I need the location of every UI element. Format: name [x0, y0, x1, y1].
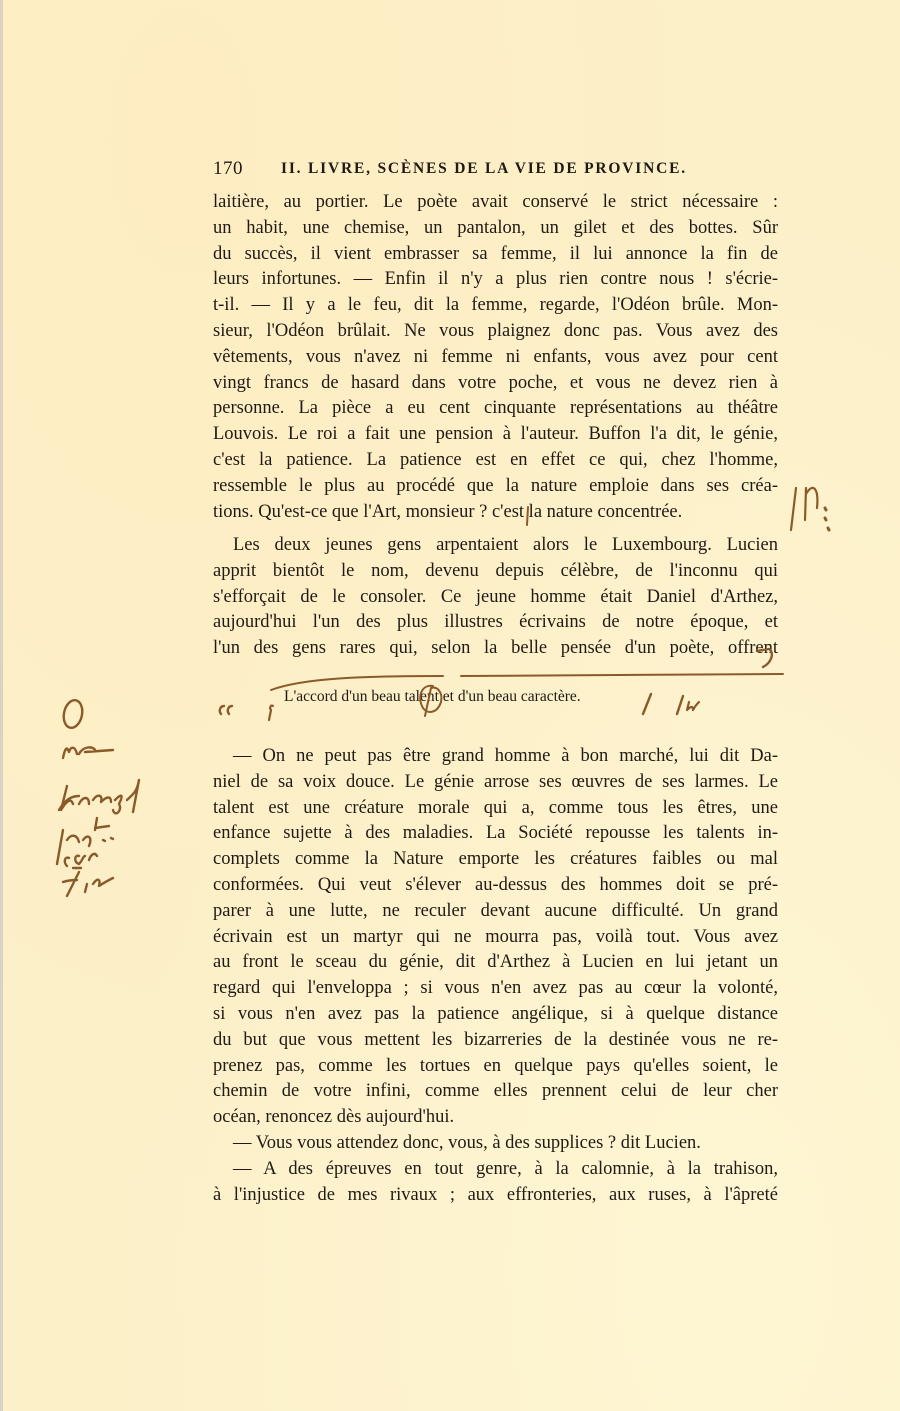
- text-line: si vous n'en avez pas la patience angéli…: [213, 1002, 778, 1028]
- page-header: 170 II. LIVRE, SCÈNES DE LA VIE DE PROVI…: [213, 158, 783, 186]
- text-line: tions. Qu'est-ce que l'Art, monsieur ? c…: [213, 500, 778, 526]
- text-line: — A des épreuves en tout genre, à la cal…: [213, 1157, 778, 1183]
- text-line: océan, renoncez dès aujourd'hui.: [213, 1105, 778, 1131]
- text-line: un habit, une chemise, un pantalon, un g…: [213, 216, 778, 242]
- text-line: chemin de votre infini, comme elles pren…: [213, 1079, 778, 1105]
- paragraph-1: laitière, au portier. Le poète avait con…: [213, 190, 778, 525]
- text-line: talent est une créature morale qui a, co…: [213, 796, 778, 822]
- quote-close-mark-icon: [631, 688, 711, 720]
- right-margin-mark-icon: [783, 480, 833, 560]
- text-line: du but que vous mettent les bizarreries …: [213, 1028, 778, 1054]
- text-line: personne. La pièce a eu cent cinquante r…: [213, 396, 778, 422]
- text-line: c'est la patience. La patience est en ef…: [213, 448, 778, 474]
- text-line: complets comme la Nature emporte les cré…: [213, 847, 778, 873]
- text-line: leurs infortunes. — Enfin il n'y a plus …: [213, 267, 778, 293]
- text-line: l'un des gens rares qui, selon la belle …: [213, 636, 778, 662]
- text-line: sieur, l'Odéon brûlait. Ne vous plaignez…: [213, 319, 778, 345]
- text-line: s'efforçait de le consoler. Ce jeune hom…: [213, 585, 778, 611]
- paragraph-3: — On ne peut pas être grand homme à bon …: [213, 744, 778, 1131]
- hook-mark-icon: [755, 645, 777, 671]
- text-line: à l'injustice de mes rivaux ; aux effron…: [213, 1183, 778, 1209]
- page-number: 170: [213, 158, 243, 180]
- text-line: écrivain est un martyr qui ne mourra pas…: [213, 925, 778, 951]
- text-line: laitière, au portier. Le poète avait con…: [213, 190, 778, 216]
- text-line: enfance sujette à des maladies. La Socié…: [213, 821, 778, 847]
- text-line: prenez pas, comme les tortues en quelque…: [213, 1054, 778, 1080]
- text-line: t-il. — Il y a le feu, dit la femme, reg…: [213, 293, 778, 319]
- text-line: vingt francs de hasard dans votre poche,…: [213, 371, 778, 397]
- text-line: parer à une lutte, ne reculer devant auc…: [213, 899, 778, 925]
- quote-open-mark-icon: [215, 696, 285, 726]
- text-line: vêtements, vous n'avez ni femme ni enfan…: [213, 345, 778, 371]
- text-line: au front le sceau du génie, dit d'Arthez…: [213, 950, 778, 976]
- text-line: regard qui l'enveloppa ; si vous n'en av…: [213, 976, 778, 1002]
- text-line: — Vous vous attendez donc, vous, à des s…: [213, 1131, 778, 1157]
- paragraph-4: — Vous vous attendez donc, vous, à des s…: [213, 1131, 778, 1157]
- book-page: 170 II. LIVRE, SCÈNES DE LA VIE DE PROVI…: [0, 0, 900, 1411]
- text-line: — On ne peut pas être grand homme à bon …: [213, 744, 778, 770]
- text-line: apprit bientôt le nom, devenu depuis cél…: [213, 559, 778, 585]
- text-line: ressemble le plus au procédé que la natu…: [213, 474, 778, 500]
- text-line: niel de sa voix douce. Le génie arrose s…: [213, 770, 778, 796]
- paragraph-5: — A des épreuves en tout genre, à la cal…: [213, 1157, 778, 1209]
- text-line: aujourd'hui l'un des plus illustres écri…: [213, 610, 778, 636]
- text-line: Les deux jeunes gens arpentaient alors l…: [213, 533, 778, 559]
- circle-mark-icon: [403, 680, 453, 720]
- left-margin-note-icon: [53, 700, 183, 890]
- insertion-caret-icon: [523, 505, 533, 527]
- running-title: II. LIVRE, SCÈNES DE LA VIE DE PROVINCE.: [281, 160, 687, 178]
- text-line: Louvois. Le roi a fait une pension à l'a…: [213, 422, 778, 448]
- text-line: du succès, il vient embrasser sa femme, …: [213, 242, 778, 268]
- text-line: conformées. Qui veut s'élever au-dessus …: [213, 873, 778, 899]
- paragraph-2: Les deux jeunes gens arpentaient alors l…: [213, 533, 778, 662]
